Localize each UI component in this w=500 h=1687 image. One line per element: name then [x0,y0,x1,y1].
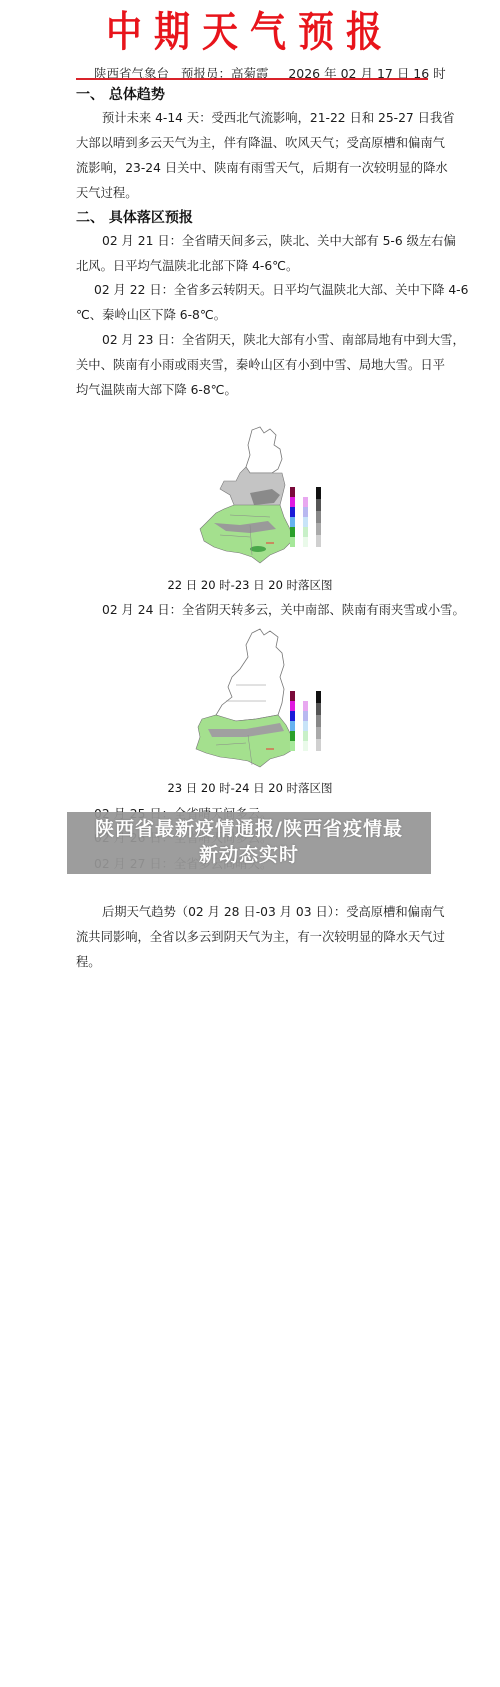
forecast-day-0222: 02 月 22 日：全省多云转阴天。日平均气温陕北大部、关中下降 4-6 ℃、秦… [76,278,436,328]
headline-overlay-text: 陕西省最新疫情通报/陕西省疫情最 新动态实时 [67,816,431,868]
document-title: 中期天气预报 [0,0,500,59]
map-caption-0222-0223: 22 日 20 时-23 日 20 时落区图 [0,577,500,593]
precipitation-map-0223-0224 [186,625,326,775]
forecast-day-0224: 02 月 24 日：全省阴天转多云，关中南部、陕南有雨夹雪或小雪。 [76,598,436,623]
map-caption-0223-0224: 23 日 20 时-24 日 20 时落区图 [0,780,500,796]
forecast-day-0221: 02 月 21 日：全省晴天间多云，陕北、关中大部有 5-6 级左右偏 北风。日… [76,229,436,279]
section-heading-detailed-forecast: 二、 具体落区预报 [76,207,193,227]
overall-trend-paragraph: 预计未来 4-14 天：受西北气流影响，21-22 日和 25-27 日我省 大… [76,106,436,206]
headline-overlay-banner: 陕西省最新疫情通报/陕西省疫情最 新动态实时 [67,812,431,874]
forecast-day-0223: 02 月 23 日：全省阴天，陕北大部有小雪、南部局地有中到大雪， 关中、陕南有… [76,328,436,403]
shaanxi-province-map [200,427,292,563]
precipitation-map-0222-0223 [190,425,330,570]
later-trend-paragraph: 后期天气趋势（02 月 28 日-03 月 03 日）：受高原槽和偏南气 流共同… [76,900,436,975]
section-heading-overall-trend: 一、 总体趋势 [76,84,165,104]
title-rule-divider [76,78,428,80]
shaanxi-province-map [196,629,294,767]
document-page: 中期天气预报 陕西省气象台 预报员：高菊霞 2026 年 02 月 17 日 1… [0,0,500,1687]
